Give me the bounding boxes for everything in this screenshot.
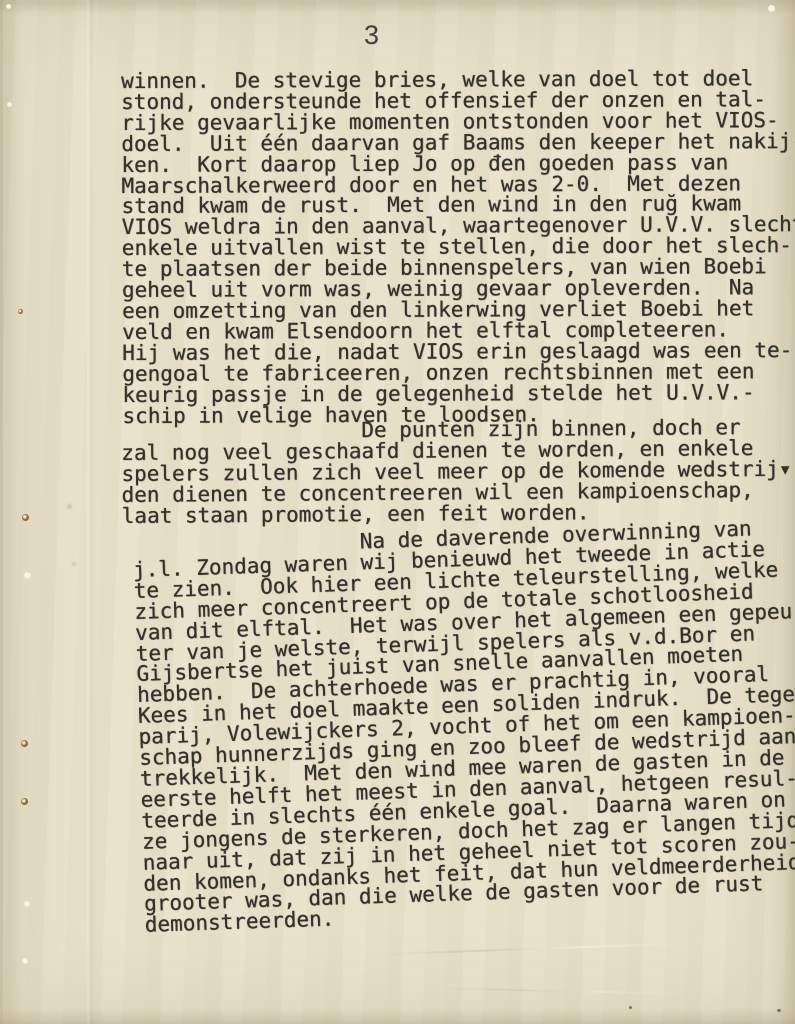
paper-dent-speck	[768, 5, 775, 12]
paper-crease	[380, 943, 680, 955]
paper-dark-speck	[777, 1009, 781, 1012]
scanned-page: 3 winnen. De stevige bries, welke van do…	[0, 0, 795, 1024]
paper-rust-speck	[21, 740, 28, 747]
paper-crease	[430, 987, 690, 994]
page-number: 3	[364, 20, 380, 51]
paper-dent-speck	[24, 901, 30, 907]
paper-rust-speck	[18, 309, 23, 314]
paper-smudge-speck	[72, 562, 76, 566]
paragraph-first-match-conclusion: De punten zijn binnen, doch er zal nog v…	[121, 417, 795, 527]
paper-dent-speck	[22, 958, 28, 964]
paragraph-first-match-report: winnen. De stevige bries, welke van doel…	[121, 68, 795, 426]
paper-dark-speck	[629, 1006, 632, 1009]
paper-dent-speck	[6, 4, 11, 9]
paper-dent-speck	[7, 102, 12, 107]
paragraph-second-match-report: Na de daverende overwinning van j.l. Zon…	[132, 516, 795, 936]
paper-rust-speck	[21, 798, 28, 805]
paper-rust-speck	[22, 514, 29, 521]
paper-dent-speck	[24, 572, 31, 579]
paper-smudge-speck	[67, 504, 72, 509]
document-body: winnen. De stevige bries, welke van doel…	[121, 71, 795, 936]
